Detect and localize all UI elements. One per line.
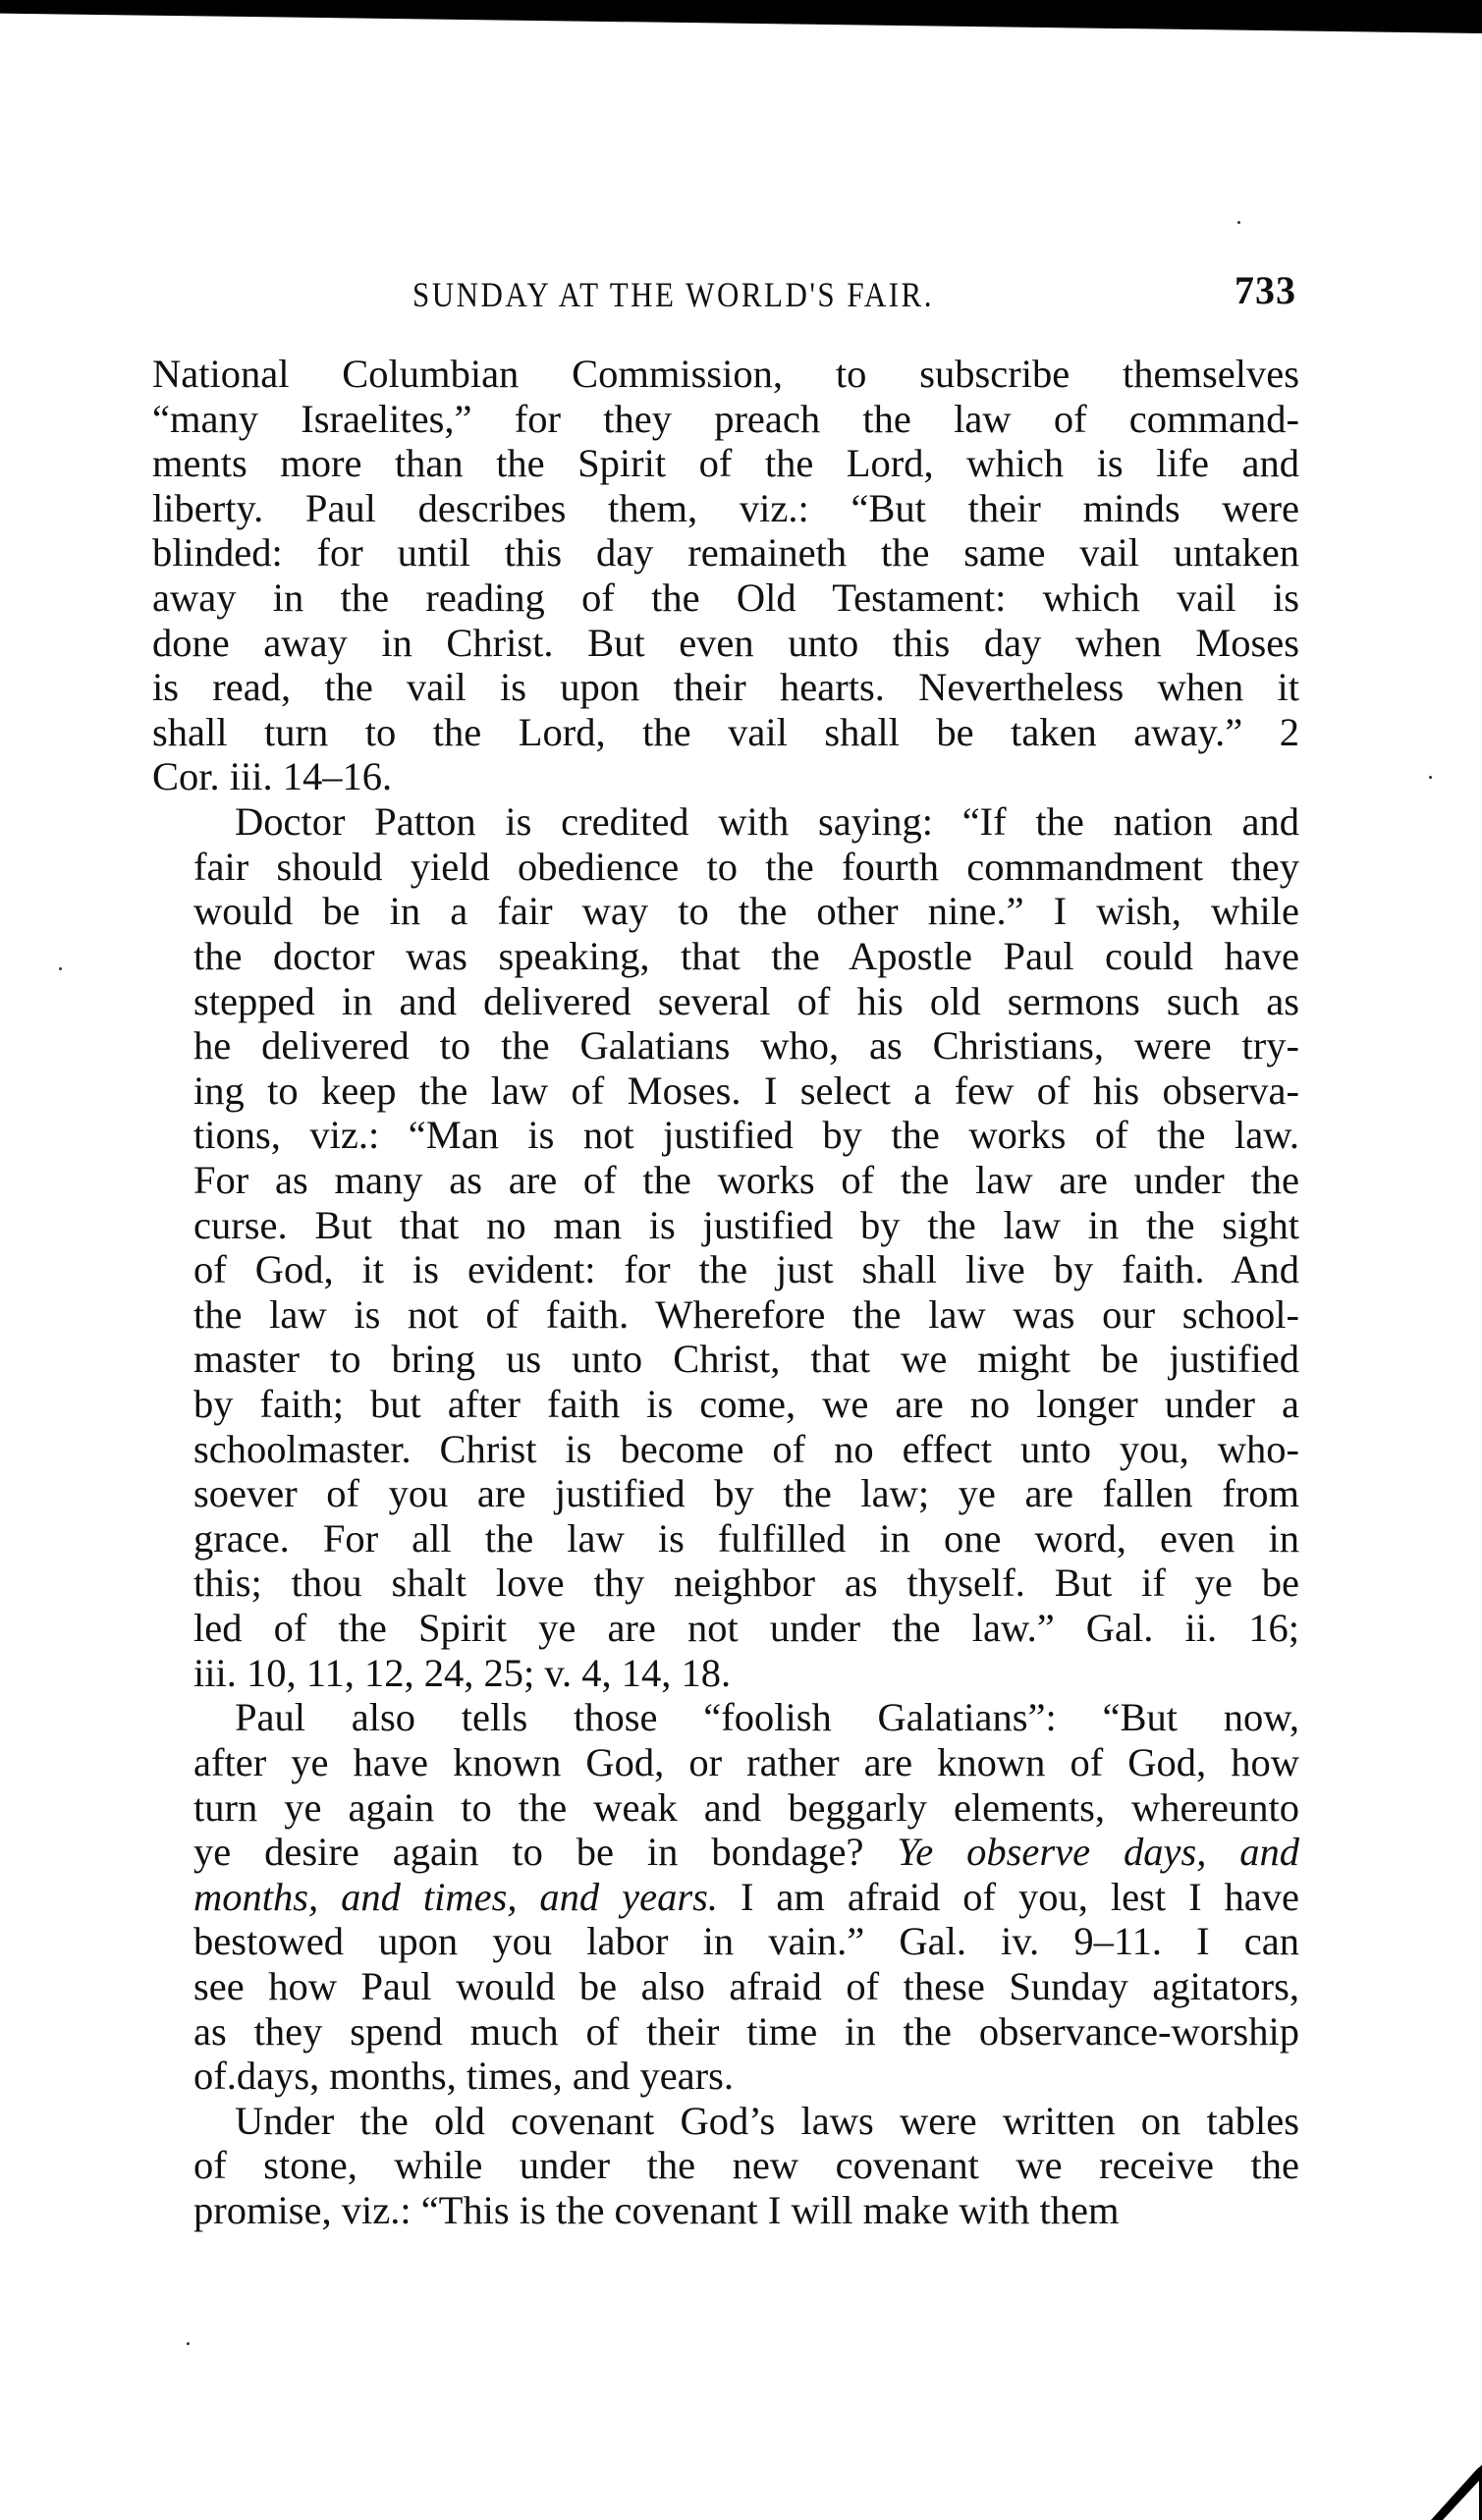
text-line: iii. 10, 11, 12, 24, 25; v. 4, 14, 18. [152, 1651, 1299, 1696]
paragraph: Under the old covenant God’s laws were w… [152, 2099, 1299, 2233]
text-line: is read, the vail is upon their hearts. … [152, 665, 1299, 710]
text-line: shall turn to the Lord, the vail shall b… [152, 710, 1299, 755]
text-line: Cor. iii. 14–16. [152, 754, 1299, 799]
scan-edge-shadow [0, 0, 1482, 33]
text-line: of God, it is evident: for the just shal… [152, 1247, 1299, 1292]
text-line: bestowed upon you labor in vain.” Gal. i… [152, 1919, 1299, 1964]
text-line: Paul also tells those “foolish Galatians… [152, 1695, 1299, 1740]
page-number: 733 [1235, 267, 1296, 313]
running-head: SUNDAY AT THE WORLD'S FAIR. 733 [137, 263, 1296, 322]
text-line: stepped in and delivered several of his … [152, 979, 1299, 1024]
text-line: he delivered to the Galatians who, as Ch… [152, 1023, 1299, 1068]
text-line: months, and times, and years. I am afrai… [152, 1875, 1299, 1920]
text-line: ments more than the Spirit of the Lord, … [152, 441, 1299, 486]
paragraph: National Columbian Commission, to subscr… [152, 352, 1299, 799]
text-line: ye desire again to be in bondage? Ye obs… [152, 1830, 1299, 1875]
text-line: blinded: for until this day remaineth th… [152, 530, 1299, 575]
text-line: ing to keep the law of Moses. I select a… [152, 1068, 1299, 1114]
text-line: led of the Spirit ye are not under the l… [152, 1606, 1299, 1651]
text-line: soever of you are justified by the law; … [152, 1471, 1299, 1516]
text-line: by faith; but after faith is come, we ar… [152, 1382, 1299, 1427]
text-line: schoolmaster. Christ is become of no eff… [152, 1427, 1299, 1472]
text-line: after ye have known God, or rather are k… [152, 1740, 1299, 1785]
text-line: liberty. Paul describes them, viz.: “But… [152, 486, 1299, 531]
scan-speck [1429, 776, 1432, 779]
text-line: curse. But that no man is justified by t… [152, 1203, 1299, 1248]
paragraph: Doctor Patton is credited with saying: “… [152, 799, 1299, 1695]
text-line: the law is not of faith. Wherefore the l… [152, 1292, 1299, 1338]
text-line: National Columbian Commission, to subscr… [152, 352, 1299, 397]
text-line: master to bring us unto Christ, that we … [152, 1337, 1299, 1382]
text-line: would be in a fair way to the other nine… [152, 889, 1299, 934]
text-line: the doctor was speaking, that the Apostl… [152, 934, 1299, 979]
scan-speck [187, 2342, 190, 2345]
page-corner-mark [1423, 2451, 1482, 2520]
scan-speck [59, 967, 62, 970]
text-line: see how Paul would be also afraid of the… [152, 1964, 1299, 2009]
paragraph: Paul also tells those “foolish Galatians… [152, 1695, 1299, 2098]
text-line: fair should yield obedience to the fourt… [152, 845, 1299, 890]
text-line: away in the reading of the Old Testament… [152, 575, 1299, 621]
text-line: Under the old covenant God’s laws were w… [152, 2099, 1299, 2144]
text-line: as they spend much of their time in the … [152, 2009, 1299, 2054]
scan-speck [1237, 221, 1240, 224]
text-line: turn ye again to the weak and beggarly e… [152, 1785, 1299, 1831]
body-text: National Columbian Commission, to subscr… [152, 352, 1299, 2233]
text-line: of stone, while under the new covenant w… [152, 2143, 1299, 2188]
text-line: this; thou shalt love thy neighbor as th… [152, 1561, 1299, 1606]
text-line: of.days, months, times, and years. [152, 2054, 1299, 2099]
text-line: done away in Christ. But even unto this … [152, 621, 1299, 666]
text-line: For as many as are of the works of the l… [152, 1158, 1299, 1203]
text-line: “many Israelites,” for they preach the l… [152, 397, 1299, 442]
text-line: Doctor Patton is credited with saying: “… [152, 799, 1299, 845]
text-line: grace. For all the law is fulfilled in o… [152, 1516, 1299, 1561]
running-title: SUNDAY AT THE WORLD'S FAIR. [412, 275, 934, 315]
text-line: tions, viz.: “Man is not justified by th… [152, 1113, 1299, 1158]
text-line: promise, viz.: “This is the covenant I w… [152, 2188, 1299, 2233]
